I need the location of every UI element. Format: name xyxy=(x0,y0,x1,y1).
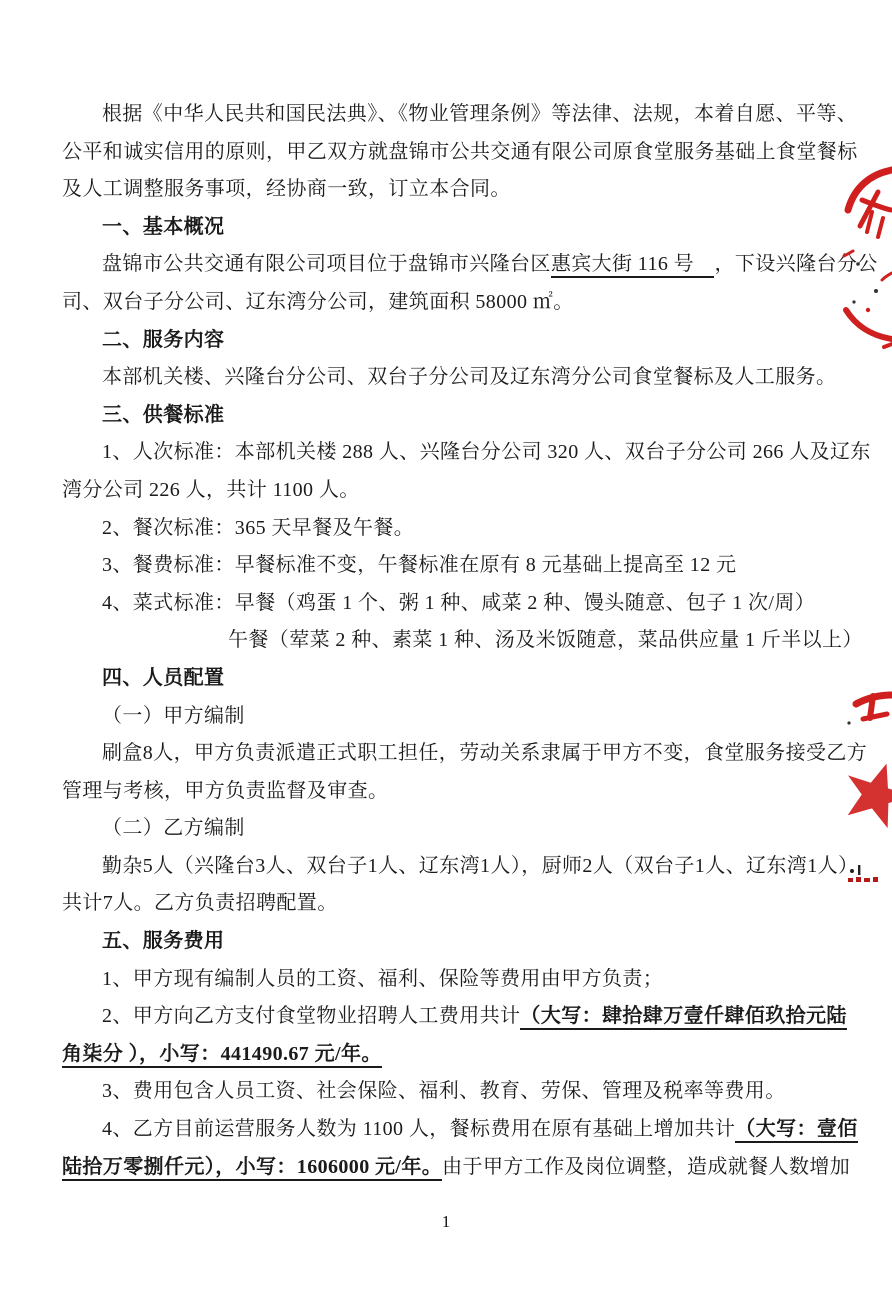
text-line: 公平和诚实信用的原则，甲乙双方就盘锦市公共交通有限公司原食堂服务基础上食堂餐标 xyxy=(62,134,842,172)
text-line: 盘锦市公共交通有限公司项目位于盘锦市兴隆台区惠宾大街 116 号 ，下设兴隆台分… xyxy=(62,246,842,284)
text-line: 陆拾万零捌仟元），小写：1606000 元/年。由于甲方工作及岗位调整，造成就餐… xyxy=(62,1149,842,1187)
document-body: 根据《中华人民共和国民法典》、《物业管理条例》等法律、法规，本着自愿、平等、公平… xyxy=(62,96,842,1186)
text-line: 4、菜式标准：早餐（鸡蛋 1 个、粥 1 种、咸菜 2 种、馒头随意、包子 1 … xyxy=(62,585,842,623)
text-segment: 惠宾大街 116 号 xyxy=(551,253,715,278)
text-line: 4、乙方目前运营服务人数为 1100 人，餐标费用在原有基础上增加共计（大写：壹… xyxy=(62,1111,842,1149)
text-line: 勤杂5人（兴隆台3人、双台子1人、辽东湾1人），厨师2人（双台子1人、辽东湾1人… xyxy=(62,848,842,886)
text-segment: 3、餐费标准：早餐标准不变，午餐标准在原有 8 元基础上提高至 12 元 xyxy=(102,554,736,576)
section-heading: 五、服务费用 xyxy=(62,923,842,961)
text-segment: （大写：肆拾肆万壹仟肆佰玖拾元陆 xyxy=(520,1005,846,1030)
text-segment: 陆拾万零捌仟元），小写：1606000 元/年。 xyxy=(62,1156,442,1181)
text-segment: 1、人次标准：本部机关楼 288 人、兴隆台分公司 320 人、双台子分公司 2… xyxy=(102,441,871,463)
text-segment: 根据《中华人民共和国民法典》、《物业管理条例》等法律、法规，本着自愿、平等、 xyxy=(102,103,857,125)
text-segment: 2、甲方向乙方支付食堂物业招聘人工费用共计 xyxy=(102,1005,520,1027)
text-segment: ，下设兴隆台分公 xyxy=(714,253,877,275)
text-segment: 3、费用包含人员工资、社会保险、福利、教育、劳保、管理及税率等费用。 xyxy=(102,1080,786,1102)
text-segment: 1、甲方现有编制人员的工资、福利、保险等费用由甲方负责； xyxy=(102,968,663,990)
text-segment: 4、菜式标准：早餐（鸡蛋 1 个、粥 1 种、咸菜 2 种、馒头随意、包子 1 … xyxy=(102,592,815,614)
text-segment: 公平和诚实信用的原则，甲乙双方就盘锦市公共交通有限公司原食堂服务基础上食堂餐标 xyxy=(62,141,858,163)
section-heading: 四、人员配置 xyxy=(62,660,842,698)
text-line: 2、甲方向乙方支付食堂物业招聘人工费用共计（大写：肆拾肆万壹仟肆佰玖拾元陆 xyxy=(62,998,842,1036)
text-segment: 午餐（荤菜 2 种、素菜 1 种、汤及米饭随意，菜品供应量 1 斤半以上） xyxy=(228,629,863,651)
text-line: 共计7人。乙方负责招聘配置。 xyxy=(62,885,842,923)
text-segment: 本部机关楼、兴隆台分公司、双台子分公司及辽东湾分公司食堂餐标及人工服务。 xyxy=(102,366,836,388)
page-number: 1 xyxy=(0,1212,892,1232)
text-line: 湾分公司 226 人，共计 1100 人。 xyxy=(62,472,842,510)
text-line: 管理与考核，甲方负责监督及审查。 xyxy=(62,773,842,811)
text-line: （二）乙方编制 xyxy=(62,810,842,848)
text-line: 及人工调整服务事项，经协商一致，订立本合同。 xyxy=(62,171,842,209)
text-segment: 由于甲方工作及岗位调整，造成就餐人数增加 xyxy=(442,1156,850,1178)
text-segment: 角柒分 ），小写：441490.67 元/年。 xyxy=(62,1043,382,1068)
text-segment: 司、双台子分公司、辽东湾分公司，建筑面积 58000 ㎡。 xyxy=(62,291,574,313)
text-segment: 湾分公司 226 人，共计 1100 人。 xyxy=(62,479,360,501)
text-line: 角柒分 ），小写：441490.67 元/年。 xyxy=(62,1036,842,1074)
text-segment: 三、供餐标准 xyxy=(102,404,224,426)
text-segment: 四、人员配置 xyxy=(102,667,224,689)
text-segment: 一、基本概况 xyxy=(102,216,224,238)
text-segment: 及人工调整服务事项，经协商一致，订立本合同。 xyxy=(62,178,511,200)
text-segment: 盘锦市公共交通有限公司项目位于盘锦市兴隆台区 xyxy=(102,253,551,275)
text-line: 刷盒8人，甲方负责派遣正式职工担任，劳动关系隶属于甲方不变，食堂服务接受乙方 xyxy=(62,735,842,773)
text-segment: 2、餐次标准：365 天早餐及午餐。 xyxy=(102,517,414,539)
section-heading: 三、供餐标准 xyxy=(62,397,842,435)
section-heading: 一、基本概况 xyxy=(62,209,842,247)
text-line: 午餐（荤菜 2 种、素菜 1 种、汤及米饭随意，菜品供应量 1 斤半以上） xyxy=(62,622,842,660)
text-line: 根据《中华人民共和国民法典》、《物业管理条例》等法律、法规，本着自愿、平等、 xyxy=(62,96,842,134)
text-line: （一）甲方编制 xyxy=(62,698,842,736)
text-line: 1、甲方现有编制人员的工资、福利、保险等费用由甲方负责； xyxy=(62,961,842,999)
text-line: 司、双台子分公司、辽东湾分公司，建筑面积 58000 ㎡。 xyxy=(62,284,842,322)
text-segment: （二）乙方编制 xyxy=(102,817,245,839)
text-segment: 4、乙方目前运营服务人数为 1100 人，餐标费用在原有基础上增加共计 xyxy=(102,1118,735,1140)
text-line: 本部机关楼、兴隆台分公司、双台子分公司及辽东湾分公司食堂餐标及人工服务。 xyxy=(62,359,842,397)
text-segment: 共计7人。乙方负责招聘配置。 xyxy=(62,892,338,914)
text-segment: （一）甲方编制 xyxy=(102,705,245,727)
section-heading: 二、服务内容 xyxy=(62,322,842,360)
text-segment: （大写：壹佰 xyxy=(735,1118,857,1143)
text-line: 3、餐费标准：早餐标准不变，午餐标准在原有 8 元基础上提高至 12 元 xyxy=(62,547,842,585)
text-line: 1、人次标准：本部机关楼 288 人、兴隆台分公司 320 人、双台子分公司 2… xyxy=(62,434,842,472)
text-segment: 五、服务费用 xyxy=(102,930,224,952)
text-segment: 勤杂5人（兴隆台3人、双台子1人、辽东湾1人），厨师2人（双台子1人、辽东湾1人… xyxy=(102,855,858,877)
text-segment: 管理与考核，甲方负责监督及审查。 xyxy=(62,780,388,802)
text-segment: 二、服务内容 xyxy=(102,329,224,351)
scanned-contract-page: 根据《中华人民共和国民法典》、《物业管理条例》等法律、法规，本着自愿、平等、公平… xyxy=(0,0,892,1296)
text-line: 3、费用包含人员工资、社会保险、福利、教育、劳保、管理及税率等费用。 xyxy=(62,1073,842,1111)
text-segment: 刷盒8人，甲方负责派遣正式职工担任，劳动关系隶属于甲方不变，食堂服务接受乙方 xyxy=(102,742,867,764)
text-line: 2、餐次标准：365 天早餐及午餐。 xyxy=(62,510,842,548)
